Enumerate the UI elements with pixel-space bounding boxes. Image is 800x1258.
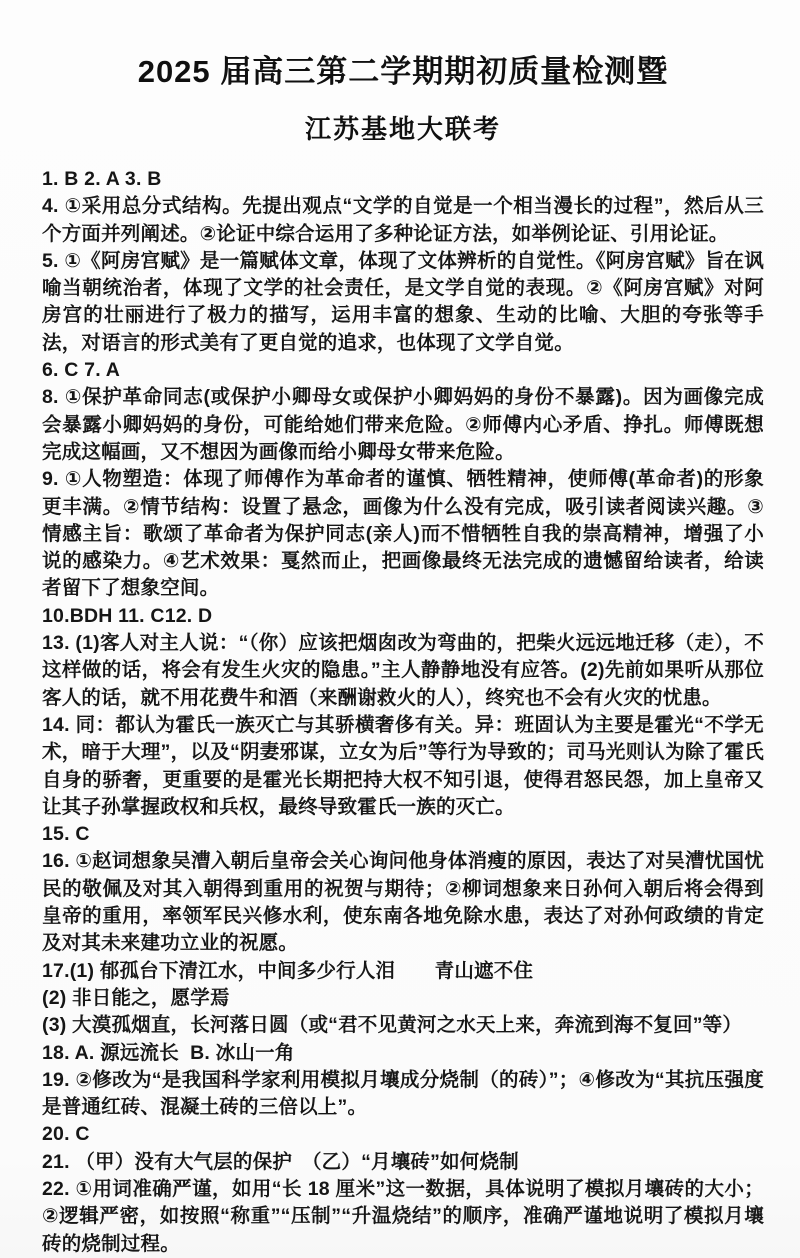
answer-q14: 14. 同：都认为霍氏一族灭亡与其骄横奢侈有关。异：班固认为主要是霍光“不学无术… — [42, 712, 764, 821]
answer-q19: 19. ②修改为“是我国科学家利用模拟月壤成分烧制（的砖）”；④修改为“其抗压强… — [42, 1067, 764, 1122]
answer-q17-2: (2) 非日能之，愿学焉 — [42, 985, 764, 1012]
page-title-line2: 江苏基地大联考 — [42, 109, 764, 146]
answer-q20: 20. C — [42, 1121, 764, 1148]
answer-q8: 8. ①保护革命同志(或保护小卿母女或保护小卿妈妈的身份不暴露)。因为画像完成会… — [42, 384, 764, 466]
answer-q16: 16. ①赵词想象吴漕入朝后皇帝会关心询问他身体消瘦的原因，表达了对吴漕忧国忧民… — [42, 848, 764, 957]
answer-q21: 21. （甲）没有大气层的保护 （乙）“月壤砖”如何烧制 — [42, 1149, 764, 1176]
answers-q10-12: 10.BDH 11. C12. D — [42, 603, 764, 630]
answer-q4: 4. ①采用总分式结构。先提出观点“文学的自觉是一个相当漫长的过程”，然后从三个… — [42, 193, 764, 248]
answer-q9: 9. ①人物塑造：体现了师傅作为革命者的谨慎、牺牲精神，使师傅(革命者)的形象更… — [42, 466, 764, 602]
answer-sheet-page: 2025 届高三第二学期期初质量检测暨 江苏基地大联考 1. B 2. A 3.… — [0, 0, 800, 1258]
answers-list: 1. B 2. A 3. B 4. ①采用总分式结构。先提出观点“文学的自觉是一… — [42, 166, 764, 1258]
answer-q18: 18. A. 源远流长 B. 冰山一角 — [42, 1040, 764, 1067]
answer-q22: 22. ①用词准确严谨，如用“长 18 厘米”这一数据，具体说明了模拟月壤砖的大… — [42, 1176, 764, 1258]
answers-q6-7: 6. C 7. A — [42, 357, 764, 384]
answers-q1-3: 1. B 2. A 3. B — [42, 166, 764, 193]
answer-q13: 13. (1)客人对主人说：“（你）应该把烟囱改为弯曲的，把柴火远远地迁移（走）… — [42, 630, 764, 712]
answer-q5: 5. ①《阿房宫赋》是一篇赋体文章，体现了文体辨析的自觉性。《阿房宫赋》旨在讽喻… — [42, 248, 764, 357]
answer-q15: 15. C — [42, 821, 764, 848]
answer-q17-1: 17.(1) 郁孤台下清江水，中间多少行人泪 青山遮不住 — [42, 958, 764, 985]
page-title-line1: 2025 届高三第二学期期初质量检测暨 — [42, 46, 764, 91]
answer-q17-3: (3) 大漠孤烟直，长河落日圆（或“君不见黄河之水天上来，奔流到海不复回”等） — [42, 1012, 764, 1039]
